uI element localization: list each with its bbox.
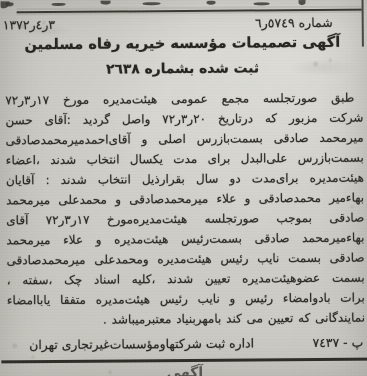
body-line: بسمت عضوهیئت‌مدیره تعیین شدند ،کلیه اسنا… xyxy=(7,268,365,291)
body-line: بسمت‌بازرس علی‌البدل برای مدت یکسال انتخ… xyxy=(6,148,364,171)
notice-ref-code: پ - ٧٤٣٧ xyxy=(313,335,364,350)
top-divider-rule xyxy=(17,9,362,14)
text-fragment xyxy=(52,3,66,6)
gazette-header-row: شماره ٥٧٤٩ر٦ ٣ر٤ر١٣٧٢ xyxy=(3,15,333,33)
issue-date: ٣ر٤ر١٣٧٢ xyxy=(3,17,56,32)
text-fragment xyxy=(1,1,10,8)
scanned-gazette-clipping: شماره ٥٧٤٩ر٦ ٣ر٤ر١٣٧٢ آگهی تصمیمات مؤسسه… xyxy=(0,0,367,376)
registry-office-name: اداره ثبت شرکتهاومؤسسات‌غیرتجاری تهران xyxy=(29,335,254,352)
body-line: میرمحمد صادقی بسمت‌بازرس اصلی و آقای‌احم… xyxy=(6,128,364,151)
notice-body: طبق صورتجلسه مجمع عمومی هیئت‌مدیره مورخ … xyxy=(5,88,365,331)
bottom-divider-rule xyxy=(1,358,367,364)
notice-signoff-row: پ - ٧٤٣٧ اداره ثبت شرکتهاومؤسسات‌غیرتجار… xyxy=(6,335,363,353)
body-line: بهاءمیر محمدصادقی و علاء میرمحمدصادقی و … xyxy=(6,188,364,211)
scan-tilt-wrapper: شماره ٥٧٤٩ر٦ ٣ر٤ر١٣٧٢ آگهی تصمیمات مؤسسه… xyxy=(0,0,367,376)
body-line: بهاءمیرمحمد صادقی بسمت‌رئیس هیئت‌مدیره و… xyxy=(6,228,364,251)
body-line: طبق صورتجلسه مجمع عمومی هیئت‌مدیره مورخ … xyxy=(5,88,363,111)
notice-title: آگهی تصمیمات مؤسسه خیریه رفاه مسلمین xyxy=(0,34,366,54)
body-line: برات بادوامضاء رئیس و نایب رئیس هیئت‌مدی… xyxy=(7,288,365,311)
notice-registration-line: ثبت شده بشماره ٢٦٣٨ xyxy=(0,60,366,79)
text-fragment xyxy=(299,0,306,5)
body-line: صادقی بموجب صورتجلسه هیئت‌مدیره‌مورخ ١٧ر… xyxy=(6,208,364,231)
text-fragment xyxy=(254,2,270,5)
body-line: صادقی بسمت نایب رئیس هیئت‌مدیره ومحمدعلی… xyxy=(6,248,364,271)
body-line: شرکت مزبور که درتاریخ ٢٠ر٣ر٧٢ واصل گردید… xyxy=(5,108,363,131)
body-line: هیئت‌مدیره برای‌مدت دو سال بقرارذیل انتخ… xyxy=(6,168,364,191)
issue-number: شماره ٥٧٤٩ر٦ xyxy=(255,15,333,31)
text-fragment xyxy=(101,1,111,5)
next-notice-partial-title: آگهی xyxy=(1,364,367,376)
cropped-text-fragments-top xyxy=(0,0,366,1)
text-fragment xyxy=(207,1,216,5)
text-fragment xyxy=(143,2,161,5)
body-line: نمایندگانی که تعیین می کند بامهربنیاد مع… xyxy=(7,308,365,331)
